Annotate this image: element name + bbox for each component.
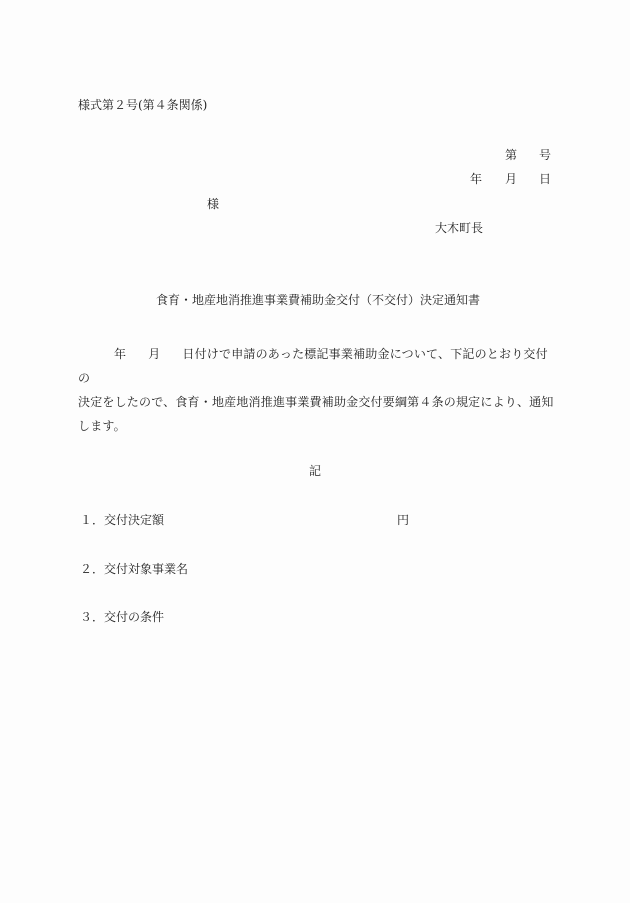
- addressee-suffix: 様: [207, 197, 219, 211]
- doc-number-go: 号: [539, 148, 551, 162]
- doc-number-dai: 第: [505, 148, 517, 162]
- item-2-label: ２．交付対象事業名: [80, 562, 188, 576]
- document-title: 食育・地産地消推進事業費補助金交付（不交付）決定通知書: [156, 293, 480, 307]
- item-3-label: ３．交付の条件: [80, 610, 164, 624]
- body-text-rest: 決定をしたので、食育・地産地消推進事業費補助金交付要綱第４条の規定により、通知し…: [78, 395, 554, 433]
- date-month: 月: [505, 172, 517, 186]
- date-year: 年: [470, 172, 482, 186]
- item-1-label: １．交付決定額: [80, 513, 164, 527]
- item-1-unit: 円: [397, 513, 409, 527]
- body-month: 月: [148, 347, 160, 361]
- body-year: 年: [114, 347, 126, 361]
- date-day: 日: [539, 172, 551, 186]
- body-paragraph: 年月日付けで申請のあった標記事業補助金について、下記のとおり交付の 決定をしたの…: [78, 342, 558, 438]
- issuer: 大木町長: [435, 221, 483, 235]
- ki-heading: 記: [309, 464, 321, 478]
- form-number: 様式第２号(第４条関係): [78, 98, 207, 112]
